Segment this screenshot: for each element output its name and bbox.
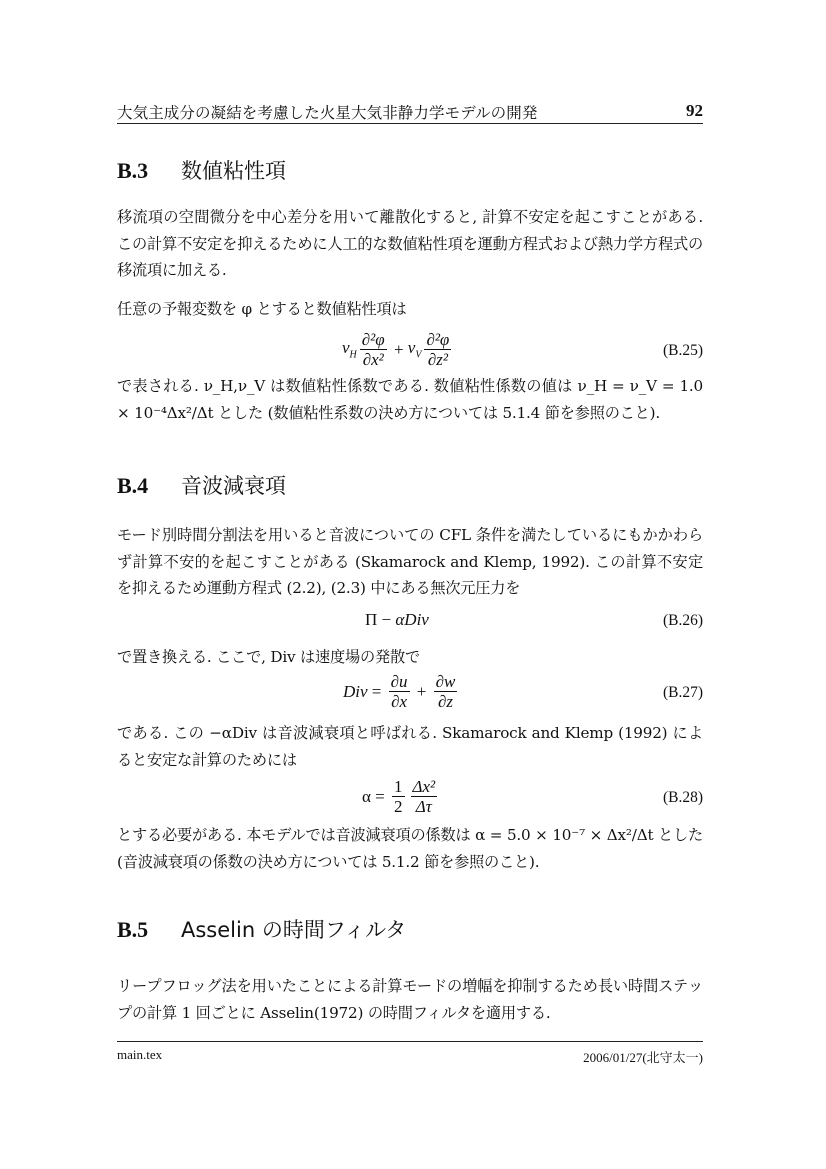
running-header: 大気主成分の凝結を考慮した火星大気非静力学モデルの開発 92	[117, 101, 703, 123]
paragraph: リープフロッグ法を用いたことによる計算モードの増幅を抑制するため長い時間ステップ…	[117, 973, 703, 1026]
equation-tag: (B.25)	[663, 342, 703, 360]
footer-rule	[117, 1041, 703, 1042]
paragraph: で置き換える. ここで, Div は速度場の発散で	[117, 644, 703, 671]
paragraph: である. この −αDiv は音波減衰項と呼ばれる. Skamarock and…	[117, 720, 703, 773]
paragraph: モード別時間分割法を用いると音波についての CFL 条件を満たしているにもかかわ…	[117, 522, 703, 602]
paragraph: とする必要がある. 本モデルでは音波減衰項の係数は α = 5.0 × 10⁻⁷…	[117, 822, 703, 875]
equation-b27: Div = ∂u∂x + ∂w∂z (B.27)	[117, 672, 703, 716]
equation-tag: (B.27)	[663, 684, 703, 702]
paragraph: 移流項の空間微分を中心差分を用いて離散化すると, 計算不安定を起こすことがある.…	[117, 204, 703, 284]
equation-body: Div = ∂u∂x + ∂w∂z	[343, 672, 460, 711]
section-heading-b4: B.4音波減衰項	[117, 470, 286, 500]
footer-date-author: 2006/01/27(北守太一)	[583, 1047, 703, 1066]
footer-filename: main.tex	[117, 1047, 162, 1063]
equation-tag: (B.28)	[663, 789, 703, 807]
document-page: 大気主成分の凝結を考慮した火星大気非静力学モデルの開発 92 B.3数値粘性項 …	[0, 0, 826, 1169]
page-number: 92	[686, 101, 703, 121]
paragraph: で表される. ν_H,ν_V は数値粘性係数である. 数値粘性係数の値は ν_H…	[117, 373, 703, 426]
equation-body: Π − αDiv	[365, 610, 429, 630]
section-heading-b3: B.3数値粘性項	[117, 155, 286, 185]
equation-b28: α = 12 Δx²Δτ (B.28)	[117, 777, 703, 821]
equation-body: νH ∂²φ∂x² + νV ∂²φ∂z²	[342, 330, 454, 369]
running-title: 大気主成分の凝結を考慮した火星大気非静力学モデルの開発	[117, 101, 537, 123]
paragraph: 任意の予報変数を φ とすると数値粘性項は	[117, 296, 703, 323]
equation-b26: Π − αDiv (B.26)	[117, 608, 703, 634]
header-rule	[117, 123, 703, 124]
equation-body: α = 12 Δx²Δτ	[362, 777, 440, 816]
equation-tag: (B.26)	[663, 612, 703, 630]
section-heading-b5: B.5Asselin の時間フィルタ	[117, 914, 406, 944]
equation-b25: νH ∂²φ∂x² + νV ∂²φ∂z² (B.25)	[117, 330, 703, 374]
